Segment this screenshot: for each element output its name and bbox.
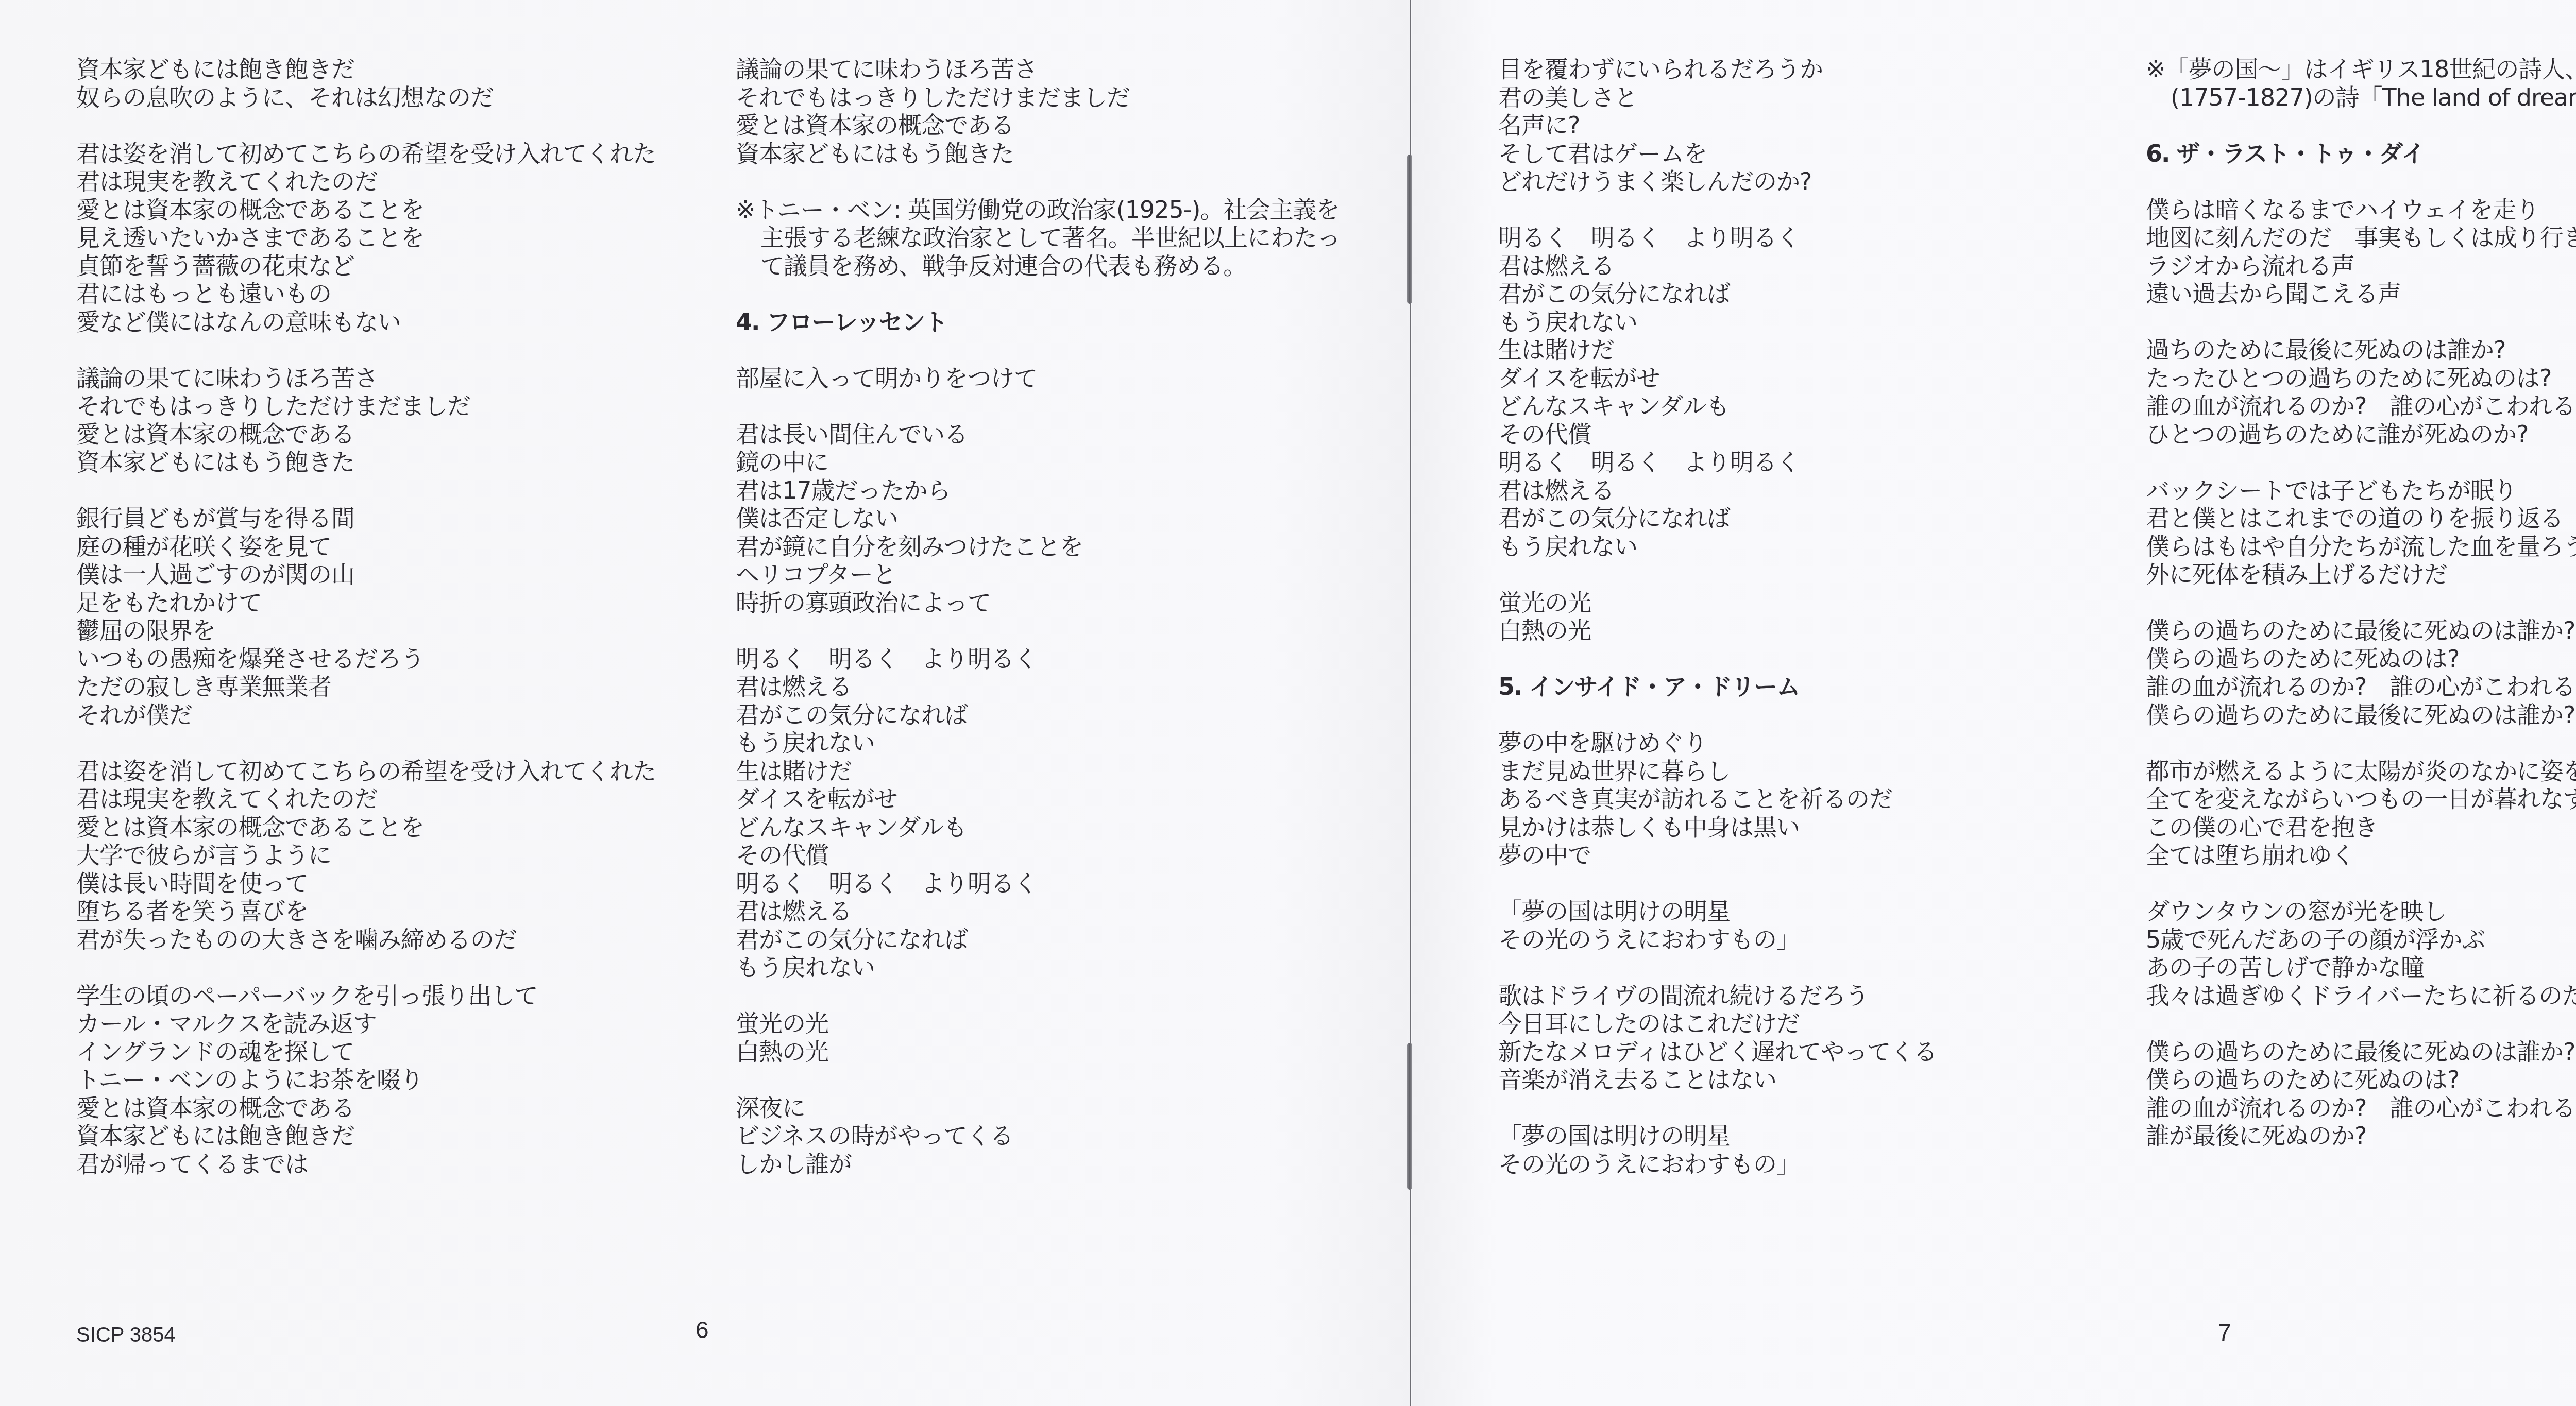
lyric-line: ダイスを転がせ [1498, 364, 1937, 392]
lyric-line: 君と僕とはこれまでの道のりを振り返る [2146, 504, 2576, 533]
lyric-line: 愛とは資本家の概念であることを [76, 196, 656, 224]
stanza-gap [736, 280, 1340, 308]
stanza-gap [736, 1066, 1340, 1094]
lyric-line: イングランドの魂を探して [76, 1038, 656, 1066]
stanza-gap [736, 616, 1340, 645]
lyric-line: 足をもたれかけて [76, 589, 656, 617]
lyric-line: しかし誰が [736, 1150, 1340, 1178]
lyrics-stanza: 蛍光の光白熱の光 [1498, 589, 1937, 645]
footnote: ※トニー・ベン: 英国労働党の政治家(1925-)。社会主義を主張する老練な政治… [736, 196, 1340, 280]
lyric-line: 全てを変えながらいつもの一日が暮れなずむ [2146, 785, 2576, 813]
lyric-line: 君の美しさと [1498, 83, 1937, 112]
lyrics-column-page7-left: 目を覆わずにいられるだろうか君の美しさと名声に?そして君はゲームをどれだけうまく… [1498, 55, 1937, 1178]
stanza-gap [1498, 701, 1937, 729]
lyrics-stanza: 僕らの過ちのために最後に死ぬのは誰か?僕らの過ちのために死ぬのは?誰の血が流れる… [2146, 1038, 2576, 1150]
lyric-line: 君がこの気分になれば [736, 701, 1340, 729]
lyric-line: 君は姿を消して初めてこちらの希望を受け入れてくれた [76, 140, 656, 168]
lyric-line: ダウンタウンの窓が光を映し [2146, 897, 2576, 925]
lyric-line: いつもの愚痴を爆発させるだろう [76, 645, 656, 673]
lyric-line: 君が帰ってくるまでは [76, 1150, 656, 1178]
stanza-gap [2146, 111, 2576, 140]
staple-bottom [1407, 1043, 1412, 1190]
lyric-line: 大学で彼らが言うように [76, 841, 656, 869]
stanza-gap [736, 982, 1340, 1010]
lyrics-stanza: 都市が燃えるように太陽が炎のなかに姿を現し全てを変えながらいつもの一日が暮れなず… [2146, 757, 2576, 869]
lyrics-stanza: 明るく 明るく より明るく君は燃える君がこの気分になればもう戻れない生は賭けだダ… [1498, 224, 1937, 560]
stanza-gap [2146, 869, 2576, 898]
stanza-gap [2146, 729, 2576, 757]
lyric-line: 今日耳にしたのはこれだけだ [1498, 1009, 1937, 1038]
lyric-line: ヘリコプターと [736, 560, 1340, 589]
lyric-line: あるべき真実が訪れることを祈るのだ [1498, 785, 1937, 813]
song-title: 5. インサイド・ア・ドリーム [1498, 673, 1937, 701]
stanza-gap [2146, 448, 2576, 476]
lyrics-stanza: 歌はドライヴの間流れ続けるだろう今日耳にしたのはこれだけだ新たなメロディはひどく… [1498, 982, 1937, 1094]
lyric-line: 白熱の光 [736, 1038, 1340, 1066]
lyric-line: その光のうえにおわすもの」 [1498, 925, 1937, 954]
lyric-line: 君は現実を教えてくれたのだ [76, 167, 656, 196]
lyric-line: 議論の果てに味わうほろ苦さ [76, 364, 656, 392]
lyric-line: バックシートでは子どもたちが眠り [2146, 476, 2576, 505]
lyrics-stanza: 資本家どもには飽き飽きだ奴らの息吹のように、それは幻想なのだ [76, 55, 656, 111]
lyric-line: それが僕だ [76, 701, 656, 729]
lyric-line: 全ては堕ち崩れゆく [2146, 841, 2576, 869]
lyric-line: 見かけは恭しくも中身は黒い [1498, 813, 1937, 842]
lyric-line: 深夜に [736, 1094, 1340, 1122]
lyric-line: 名声に? [1498, 111, 1937, 140]
lyric-line: 蛍光の光 [736, 1009, 1340, 1038]
lyric-line: 生は賭けだ [1498, 336, 1937, 364]
stanza-gap [76, 953, 656, 982]
lyric-line: 君は姿を消して初めてこちらの希望を受け入れてくれた [76, 757, 656, 785]
lyric-line: ただの寂しき専業無業者 [76, 673, 656, 701]
lyric-line: 地図に刻んだのだ 事実もしくは成り行きを [2146, 224, 2576, 252]
lyric-line: 君は燃える [736, 897, 1340, 925]
lyric-line: ダイスを転がせ [736, 785, 1340, 813]
lyric-line: ひとつの過ちのために誰が死ぬのか? [2146, 420, 2576, 449]
booklet-spread: 資本家どもには飽き飽きだ奴らの息吹のように、それは幻想なのだ君は姿を消して初めて… [0, 0, 2576, 1406]
lyric-line: カール・マルクスを読み返す [76, 1009, 656, 1038]
footnote-line: て議員を務め、戦争反対連合の代表も務める。 [736, 252, 1340, 280]
lyric-line: この僕の心で君を抱き [2146, 813, 2576, 842]
stanza-gap [1498, 953, 1937, 982]
lyric-line: 僕は一人過ごすのが関の山 [76, 560, 656, 589]
lyric-line: あの子の苦しげで静かな瞳 [2146, 953, 2576, 982]
lyric-line: その光のうえにおわすもの」 [1498, 1150, 1937, 1178]
lyric-line: 議論の果てに味わうほろ苦さ [736, 55, 1340, 83]
staple-top [1407, 155, 1412, 304]
lyrics-column-page6-right: 議論の果てに味わうほろ苦さそれでもはっきりしただけまだましだ愛とは資本家の概念で… [736, 55, 1340, 1178]
lyric-line: 僕らはもはや自分たちが流した血を量ろうとはしない [2146, 533, 2576, 561]
lyric-line: 君がこの気分になれば [736, 925, 1340, 954]
lyric-line: 音楽が消え去ることはない [1498, 1066, 1937, 1094]
lyric-line: 君にはもっとも遠いもの [76, 280, 656, 308]
lyric-line: 君がこの気分になれば [1498, 504, 1937, 533]
lyric-line: 誰の血が流れるのか? 誰の心がこわれるのか? [2146, 392, 2576, 420]
lyric-line: 鏡の中に [736, 448, 1340, 476]
lyric-line: 都市が燃えるように太陽が炎のなかに姿を現し [2146, 757, 2576, 785]
page-number-7: 7 [2218, 1318, 2231, 1346]
lyric-line: 鬱屈の限界を [76, 616, 656, 645]
lyric-line: 僕らの過ちのために最後に死ぬのは誰か? [2146, 1038, 2576, 1066]
stanza-gap [1498, 196, 1937, 224]
stanza-gap [736, 392, 1340, 420]
stanza-gap [2146, 167, 2576, 196]
lyric-line: 君が失ったものの大きさを噛み締めるのだ [76, 925, 656, 954]
lyric-line: 君は燃える [1498, 476, 1937, 505]
song-title: 4. フローレッセント [736, 308, 1340, 336]
footnote: ※「夢の国～」はイギリス18世紀の詩人、ウィリアム・ブレイク(1757-1827… [2146, 55, 2576, 111]
lyric-line: その代償 [1498, 420, 1937, 449]
lyric-line: 時折の寡頭政治によって [736, 589, 1340, 617]
stanza-gap [2146, 308, 2576, 336]
lyric-line: 夢の中を駆けめぐり [1498, 729, 1937, 757]
lyric-line: もう戻れない [736, 953, 1340, 982]
lyric-line: 愛とは資本家の概念である [76, 1094, 656, 1122]
lyric-line: 「夢の国は明けの明星 [1498, 1122, 1937, 1150]
lyric-line: 僕は長い時間を使って [76, 869, 656, 898]
lyric-line: どれだけうまく楽しんだのか? [1498, 167, 1937, 196]
lyric-line: 僕らの過ちのために死ぬのは? [2146, 1066, 2576, 1094]
lyric-line: 我々は過ぎゆくドライバーたちに祈るのだ [2146, 982, 2576, 1010]
lyrics-stanza: 「夢の国は明けの明星その光のうえにおわすもの」 [1498, 897, 1937, 953]
lyrics-stanza: バックシートでは子どもたちが眠り君と僕とはこれまでの道のりを振り返る僕らはもはや… [2146, 476, 2576, 589]
lyric-line: ラジオから流れる声 [2146, 252, 2576, 280]
page-number-6: 6 [696, 1316, 709, 1344]
lyric-line: 遠い過去から聞こえる声 [2146, 280, 2576, 308]
lyric-line: 君は燃える [1498, 252, 1937, 280]
lyrics-stanza: 夢の中を駆けめぐりまだ見ぬ世界に暮らしあるべき真実が訪れることを祈るのだ見かけは… [1498, 729, 1937, 869]
footnote-line: 主張する老練な政治家として著名。半世紀以上にわたっ [736, 224, 1340, 252]
lyrics-stanza: 僕らは暗くなるまでハイウェイを走り地図に刻んだのだ 事実もしくは成り行きをラジオ… [2146, 196, 2576, 308]
lyrics-stanza: 部屋に入って明かりをつけて [736, 364, 1340, 392]
lyric-line: そして君はゲームを [1498, 140, 1937, 168]
stanza-gap [736, 167, 1340, 196]
lyric-line: もう戻れない [736, 729, 1340, 757]
lyric-line: 学生の頃のペーパーバックを引っ張り出して [76, 982, 656, 1010]
lyric-line: 堕ちる者を笑う喜びを [76, 897, 656, 925]
lyric-line: 部屋に入って明かりをつけて [736, 364, 1340, 392]
stanza-gap [1498, 560, 1937, 589]
stanza-gap [1498, 645, 1937, 673]
lyrics-stanza: 議論の果てに味わうほろ苦さそれでもはっきりしただけまだましだ愛とは資本家の概念で… [76, 364, 656, 476]
lyric-line: 5歳で死んだあの子の顔が浮かぶ [2146, 925, 2576, 954]
lyric-line: 夢の中で [1498, 841, 1937, 869]
lyric-line: 僕は否定しない [736, 504, 1340, 533]
lyrics-stanza: ダウンタウンの窓が光を映し5歳で死んだあの子の顔が浮かぶあの子の苦しげで静かな瞳… [2146, 897, 2576, 1009]
lyric-line: 君は17歳だったから [736, 476, 1340, 505]
lyric-line: 僕らは暗くなるまでハイウェイを走り [2146, 196, 2576, 224]
lyric-line: 資本家どもにはもう飽きた [736, 140, 1340, 168]
lyric-line: 新たなメロディはひどく遅れてやってくる [1498, 1038, 1937, 1066]
lyric-line: どんなスキャンダルも [1498, 392, 1937, 420]
footnote-line: (1757-1827)の詩「The land of dream」の一節。 [2146, 83, 2576, 112]
lyric-line: 僕らの過ちのために最後に死ぬのは誰か? [2146, 616, 2576, 645]
lyrics-stanza: 学生の頃のペーパーバックを引っ張り出してカール・マルクスを読み返すイングランドの… [76, 982, 656, 1178]
lyrics-stanza: 明るく 明るく より明るく君は燃える君がこの気分になればもう戻れない生は賭けだダ… [736, 645, 1340, 982]
lyric-line: 過ちのために最後に死ぬのは誰か? [2146, 336, 2576, 364]
lyric-line: トニー・ベンのようにお茶を啜り [76, 1066, 656, 1094]
stanza-gap [1498, 1094, 1937, 1122]
lyrics-stanza: 蛍光の光白熱の光 [736, 1009, 1340, 1066]
lyric-line: 君は燃える [736, 673, 1340, 701]
lyric-line: 愛など僕にはなんの意味もない [76, 308, 656, 336]
lyric-line: 「夢の国は明けの明星 [1498, 897, 1937, 925]
lyric-line: 資本家どもには飽き飽きだ [76, 55, 656, 83]
lyric-line: それでもはっきりしただけまだましだ [76, 392, 656, 420]
lyrics-stanza: 君は姿を消して初めてこちらの希望を受け入れてくれた君は現実を教えてくれたのだ愛と… [76, 140, 656, 336]
lyrics-stanza: 議論の果てに味わうほろ苦さそれでもはっきりしただけまだましだ愛とは資本家の概念で… [736, 55, 1340, 167]
lyric-line: 愛とは資本家の概念である [76, 420, 656, 449]
lyric-line: 見え透いたいかさまであることを [76, 224, 656, 252]
lyrics-stanza: 君は姿を消して初めてこちらの希望を受け入れてくれた君は現実を教えてくれたのだ愛と… [76, 757, 656, 954]
lyric-line: 君は長い間住んでいる [736, 420, 1340, 449]
lyric-line: 銀行員どもが賞与を得る間 [76, 504, 656, 533]
stanza-gap [76, 729, 656, 757]
lyric-line: 僕らの過ちのために最後に死ぬのは誰か? [2146, 701, 2576, 729]
lyric-line: 目を覆わずにいられるだろうか [1498, 55, 1937, 83]
catalog-number: SICP 3854 [76, 1324, 176, 1347]
lyric-line: 庭の種が花咲く姿を見て [76, 533, 656, 561]
lyrics-column-page6-left: 資本家どもには飽き飽きだ奴らの息吹のように、それは幻想なのだ君は姿を消して初めて… [76, 55, 656, 1178]
stanza-gap [1498, 869, 1937, 898]
lyric-line: 明るく 明るく より明るく [736, 869, 1340, 898]
footnote-line: ※「夢の国～」はイギリス18世紀の詩人、ウィリアム・ブレイク [2146, 55, 2576, 83]
lyric-line: 誰の血が流れるのか? 誰の心がこわれるのか? [2146, 1094, 2576, 1122]
lyrics-stanza: 深夜にビジネスの時がやってくるしかし誰が [736, 1094, 1340, 1178]
lyric-line: 誰が最後に死ぬのか? [2146, 1122, 2576, 1150]
stanza-gap [76, 476, 656, 505]
lyrics-stanza: 君は長い間住んでいる鏡の中に君は17歳だったから僕は否定しない君が鏡に自分を刻み… [736, 420, 1340, 617]
footnote-line: ※トニー・ベン: 英国労働党の政治家(1925-)。社会主義を [736, 196, 1340, 224]
page-7: 目を覆わずにいられるだろうか君の美しさと名声に?そして君はゲームをどれだけうまく… [1412, 0, 2576, 1406]
lyric-line: 君がこの気分になれば [1498, 280, 1937, 308]
lyric-line: 資本家どもにはもう飽きた [76, 448, 656, 476]
lyric-line: 貞節を誓う薔薇の花束など [76, 252, 656, 280]
lyric-line: その代償 [736, 841, 1340, 869]
lyric-line: 生は賭けだ [736, 757, 1340, 785]
lyric-line: どんなスキャンダルも [736, 813, 1340, 842]
lyric-line: たったひとつの過ちのために死ぬのは? [2146, 364, 2576, 392]
lyrics-stanza: 「夢の国は明けの明星その光のうえにおわすもの」 [1498, 1122, 1937, 1178]
lyrics-stanza: 僕らの過ちのために最後に死ぬのは誰か?僕らの過ちのために死ぬのは?誰の血が流れる… [2146, 616, 2576, 729]
lyric-line: まだ見ぬ世界に暮らし [1498, 757, 1937, 785]
lyrics-stanza: 銀行員どもが賞与を得る間庭の種が花咲く姿を見て僕は一人過ごすのが関の山足をもたれ… [76, 504, 656, 729]
lyrics-stanza: 目を覆わずにいられるだろうか君の美しさと名声に?そして君はゲームをどれだけうまく… [1498, 55, 1937, 196]
stanza-gap [76, 336, 656, 364]
lyric-line: 歌はドライヴの間流れ続けるだろう [1498, 982, 1937, 1010]
lyric-line: ビジネスの時がやってくる [736, 1122, 1340, 1150]
lyric-line: 君が鏡に自分を刻みつけたことを [736, 533, 1340, 561]
lyric-line: 明るく 明るく より明るく [1498, 448, 1937, 476]
lyric-line: 外に死体を積み上げるだけだ [2146, 560, 2576, 589]
lyric-line: 奴らの息吹のように、それは幻想なのだ [76, 83, 656, 112]
lyrics-column-page7-right: ※「夢の国～」はイギリス18世紀の詩人、ウィリアム・ブレイク(1757-1827… [2146, 55, 2576, 1150]
lyric-line: それでもはっきりしただけまだましだ [736, 83, 1340, 112]
song-title: 6. ザ・ラスト・トゥ・ダイ [2146, 140, 2576, 168]
stanza-gap [2146, 1009, 2576, 1038]
lyric-line: 明るく 明るく より明るく [1498, 224, 1937, 252]
lyric-line: もう戻れない [1498, 308, 1937, 336]
page-6: 資本家どもには飽き飽きだ奴らの息吹のように、それは幻想なのだ君は姿を消して初めて… [0, 0, 1411, 1406]
lyric-line: 誰の血が流れるのか? 誰の心がこわれるのか? [2146, 673, 2576, 701]
lyric-line: 僕らの過ちのために死ぬのは? [2146, 645, 2576, 673]
lyric-line: もう戻れない [1498, 533, 1937, 561]
lyric-line: 愛とは資本家の概念である [736, 111, 1340, 140]
lyric-line: 資本家どもには飽き飽きだ [76, 1122, 656, 1150]
lyric-line: 愛とは資本家の概念であることを [76, 813, 656, 842]
lyrics-stanza: 過ちのために最後に死ぬのは誰か?たったひとつの過ちのために死ぬのは?誰の血が流れ… [2146, 336, 2576, 448]
lyric-line: 白熱の光 [1498, 616, 1937, 645]
stanza-gap [76, 111, 656, 140]
stanza-gap [2146, 589, 2576, 617]
lyric-line: 君は現実を教えてくれたのだ [76, 785, 656, 813]
stanza-gap [736, 336, 1340, 364]
lyric-line: 蛍光の光 [1498, 589, 1937, 617]
lyric-line: 明るく 明るく より明るく [736, 645, 1340, 673]
